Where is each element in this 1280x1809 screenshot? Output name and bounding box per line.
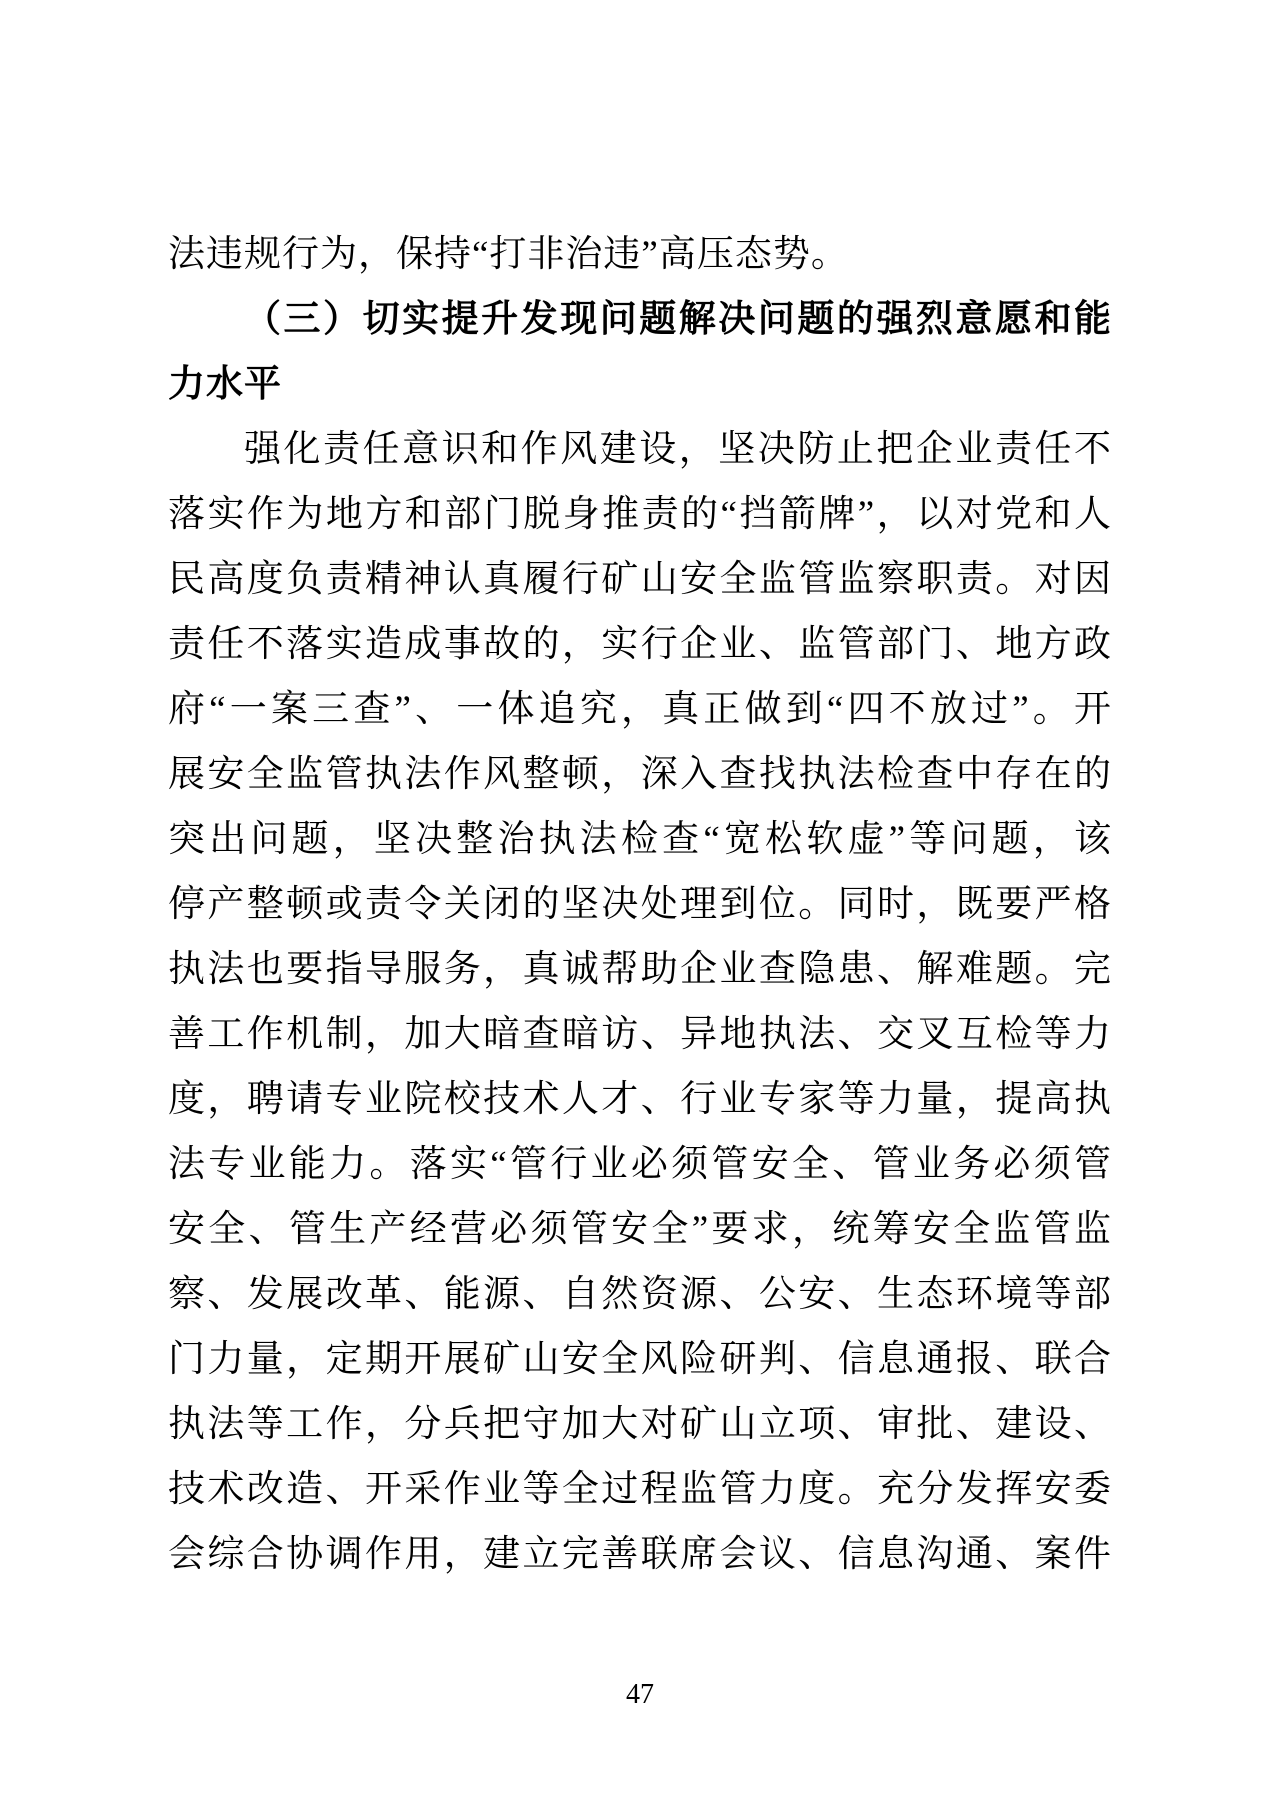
document-text: 法违规行为，保持“打非治违”高压态势。（三）切实提升发现问题解决问题的强烈意愿和… <box>168 222 1112 1587</box>
text-line: 门力量，定期开展矿山安全风险研判、信息通报、联合 <box>168 1327 1112 1392</box>
text-line: 察、发展改革、能源、自然资源、公安、生态环境等部 <box>168 1262 1112 1327</box>
text-line: 法违规行为，保持“打非治违”高压态势。 <box>168 222 1112 287</box>
text-line: 技术改造、开采作业等全过程监管力度。充分发挥安委 <box>168 1457 1112 1522</box>
text-line: 法专业能力。落实“管行业必须管安全、管业务必须管 <box>168 1132 1112 1197</box>
text-line: 民高度负责精神认真履行矿山安全监管监察职责。对因 <box>168 547 1112 612</box>
text-line: 度，聘请专业院校技术人才、行业专家等力量，提高执 <box>168 1067 1112 1132</box>
text-line: 展安全监管执法作风整顿，深入查找执法检查中存在的 <box>168 742 1112 807</box>
text-line: 善工作机制，加大暗查暗访、异地执法、交叉互检等力 <box>168 1002 1112 1067</box>
text-line: 安全、管生产经营必须管安全”要求，统筹安全监管监 <box>168 1197 1112 1262</box>
text-line: 执法也要指导服务，真诚帮助企业查隐患、解难题。完 <box>168 937 1112 1002</box>
section-heading-line: 力水平 <box>168 352 1112 417</box>
text-line: 停产整顿或责令关闭的坚决处理到位。同时，既要严格 <box>168 872 1112 937</box>
section-heading-line: （三）切实提升发现问题解决问题的强烈意愿和能 <box>168 287 1112 352</box>
text-line: 会综合协调作用，建立完善联席会议、信息沟通、案件 <box>168 1522 1112 1587</box>
text-line: 府“一案三查”、一体追究，真正做到“四不放过”。开 <box>168 677 1112 742</box>
document-page: 法违规行为，保持“打非治违”高压态势。（三）切实提升发现问题解决问题的强烈意愿和… <box>0 0 1280 1809</box>
text-line: 强化责任意识和作风建设，坚决防止把企业责任不 <box>168 417 1112 482</box>
text-line: 责任不落实造成事故的，实行企业、监管部门、地方政 <box>168 612 1112 677</box>
text-line: 突出问题，坚决整治执法检查“宽松软虚”等问题，该 <box>168 807 1112 872</box>
page-number: 47 <box>0 1678 1280 1712</box>
text-line: 执法等工作，分兵把守加大对矿山立项、审批、建设、 <box>168 1392 1112 1457</box>
text-line: 落实作为地方和部门脱身推责的“挡箭牌”，以对党和人 <box>168 482 1112 547</box>
